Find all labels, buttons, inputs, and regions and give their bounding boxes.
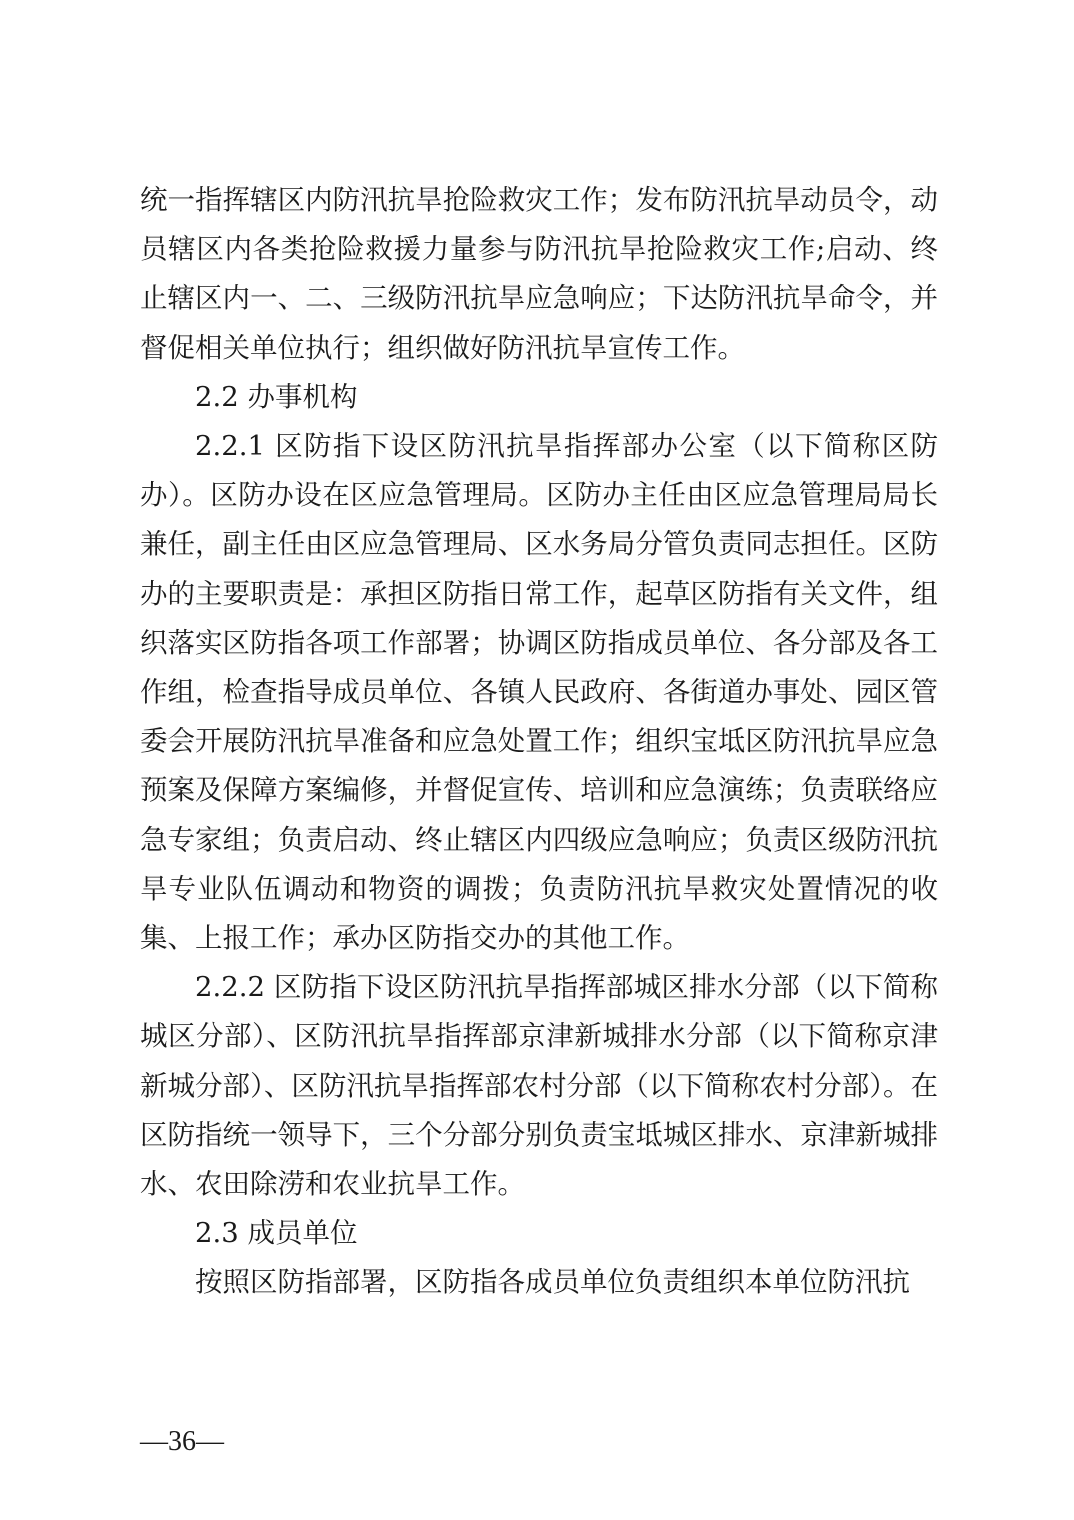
paragraph-2-2-2: 2.2.2 区防指下设区防汛抗旱指挥部城区排水分部（以下简称城区分部）、区防汛抗… <box>140 963 938 1209</box>
paragraph-2-2-1: 2.2.1 区防指下设区防汛抗旱指挥部办公室（以下简称区防办）。区防办设在区应急… <box>140 422 938 963</box>
document-body: 统一指挥辖区内防汛抗旱抢险救灾工作；发布防汛抗旱动员令，动员辖区内各类抢险救援力… <box>140 176 938 1308</box>
section-heading-2-3: 2.3 成员单位 <box>140 1209 938 1258</box>
page-number: —36— <box>140 1426 224 1458</box>
paragraph-continuation: 统一指挥辖区内防汛抗旱抢险救灾工作；发布防汛抗旱动员令，动员辖区内各类抢险救援力… <box>140 176 938 373</box>
section-heading-2-2: 2.2 办事机构 <box>140 373 938 422</box>
paragraph-2-3: 按照区防指部署，区防指各成员单位负责组织本单位防汛抗 <box>140 1258 938 1307</box>
